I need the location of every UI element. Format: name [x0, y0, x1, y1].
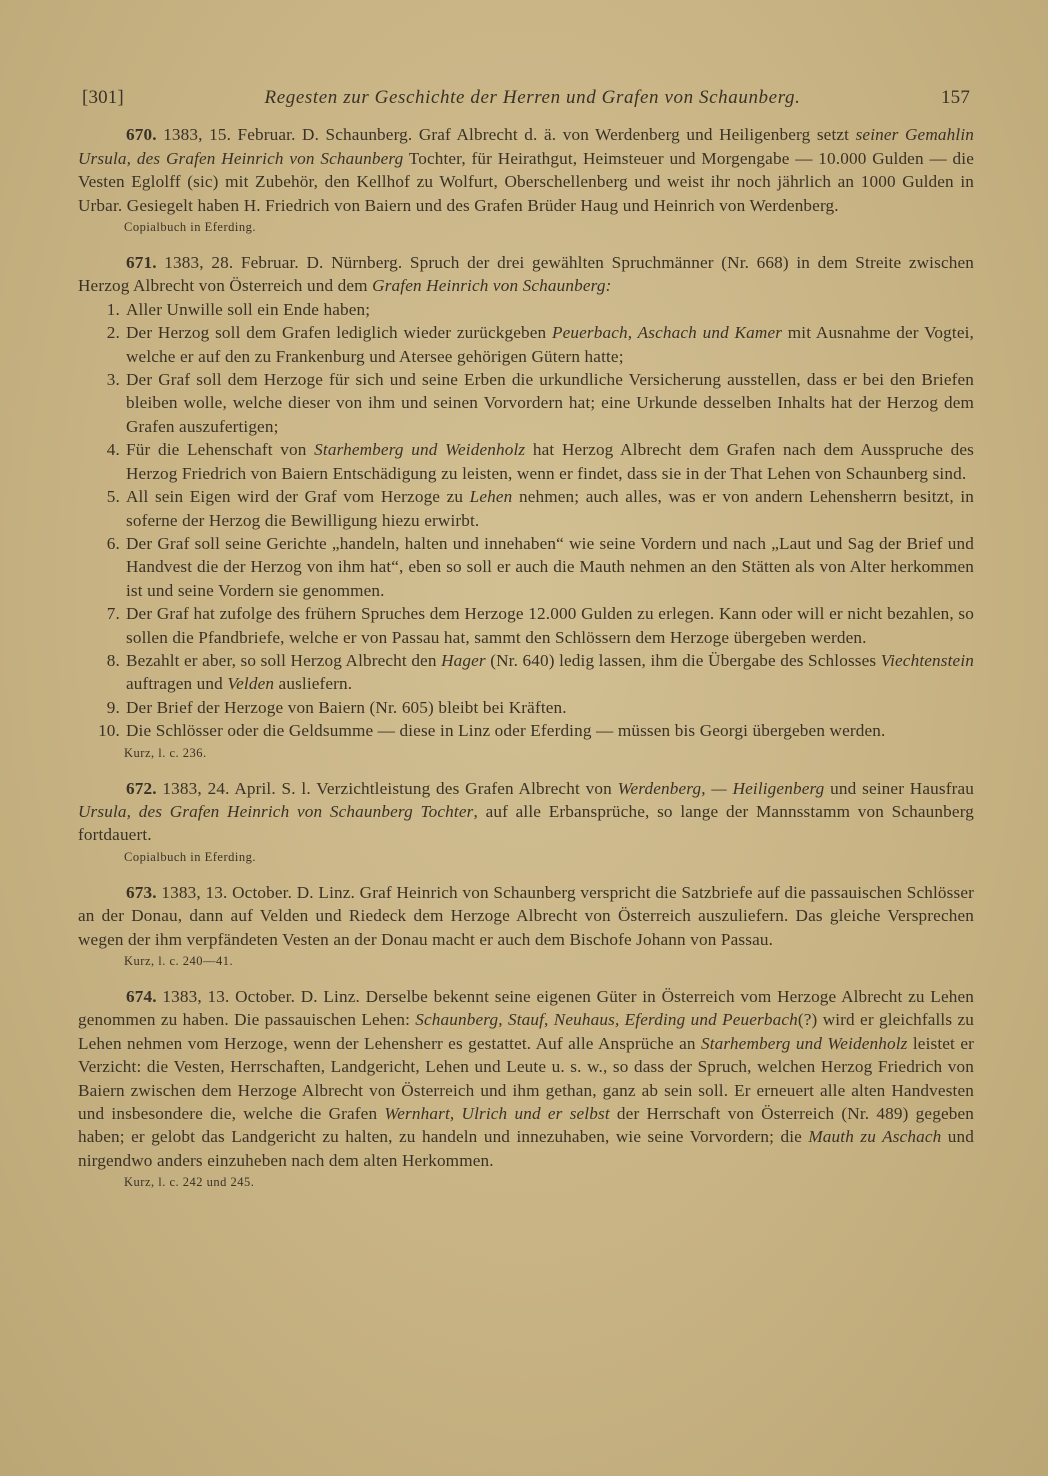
numbered-item: 2.Der Herzog soll dem Grafen lediglich w…: [78, 321, 974, 368]
item-text: Aller Unwille soll ein Ende haben;: [126, 298, 974, 321]
source-citation: Kurz, l. c. 236.: [124, 743, 974, 763]
entries-list: 670. 1383, 15. Februar. D. Schaunberg. G…: [78, 123, 974, 1192]
item-number: 2.: [78, 321, 126, 368]
item-number: 10.: [78, 719, 126, 742]
item-text: Bezahlt er aber, so soll Herzog Albrecht…: [126, 649, 974, 696]
numbered-item: 5.All sein Eigen wird der Graf vom Herzo…: [78, 485, 974, 532]
numbered-item: 3.Der Graf soll dem Herzoge für sich und…: [78, 368, 974, 438]
regest-entry: 673. 1383, 13. October. D. Linz. Graf He…: [78, 881, 974, 971]
regest-entry: 672. 1383, 24. April. S. l. Verzichtleis…: [78, 777, 974, 867]
italic-text: Hager: [441, 651, 486, 670]
italic-text: Mauth zu Aschach: [808, 1127, 941, 1146]
item-text: Der Herzog soll dem Grafen lediglich wie…: [126, 321, 974, 368]
italic-text: Schaunberg, Stauf, Neuhaus, Eferding und…: [415, 1010, 798, 1029]
numbered-item: 10.Die Schlösser oder die Geldsumme — di…: [78, 719, 974, 742]
item-text: Der Graf soll dem Herzoge für sich und s…: [126, 368, 974, 438]
text-run: Aller Unwille soll ein Ende haben;: [126, 300, 370, 319]
text-run: Der Graf soll dem Herzoge für sich und s…: [126, 370, 974, 436]
regest-entry: 674. 1383, 13. October. D. Linz. Derselb…: [78, 985, 974, 1192]
numbered-item: 4.Für die Lehenschaft von Starhemberg un…: [78, 438, 974, 485]
item-text: Der Graf hat zufolge des frühern Spruche…: [126, 602, 974, 649]
italic-text: Peuerbach, Aschach und Kamer: [552, 323, 782, 342]
entry-number: 671.: [126, 253, 157, 272]
text-run: ausliefern.: [274, 674, 352, 693]
text-run: und seiner Hausfrau: [824, 779, 974, 798]
text-run: All sein Eigen wird der Graf vom Herzoge…: [126, 487, 470, 506]
source-citation: Copialbuch in Eferding.: [124, 847, 974, 867]
text-run: Der Herzog soll dem Grafen lediglich wie…: [126, 323, 552, 342]
item-number: 5.: [78, 485, 126, 532]
source-citation: Kurz, l. c. 240—41.: [124, 951, 974, 971]
item-number: 1.: [78, 298, 126, 321]
text-run: 1383, 24. April. S. l. Verzichtleistung …: [157, 779, 618, 798]
entry-text: 671. 1383, 28. Februar. D. Nürnberg. Spr…: [78, 251, 974, 298]
italic-text: Starhemberg und Weidenholz: [314, 440, 525, 459]
numbered-item: 6.Der Graf soll seine Gerichte „handeln,…: [78, 532, 974, 602]
italic-text: Starhemberg und Weidenholz: [701, 1034, 908, 1053]
text-run: Der Graf soll seine Gerichte „handeln, h…: [126, 534, 974, 600]
italic-text: Werdenberg, — Heiligenberg: [618, 779, 825, 798]
page-marker: [301]: [82, 86, 124, 109]
text-run: Der Graf hat zufolge des frühern Spruche…: [126, 604, 974, 646]
numbered-item: 9.Der Brief der Herzoge von Baiern (Nr. …: [78, 696, 974, 719]
running-title: Regesten zur Geschichte der Herren und G…: [265, 86, 801, 109]
text-run: (Nr. 640) ledig lassen, ihm die Übergabe…: [486, 651, 881, 670]
entry-text: 672. 1383, 24. April. S. l. Verzichtleis…: [78, 777, 974, 847]
text-run: auftragen und: [126, 674, 227, 693]
italic-text: Lehen: [470, 487, 513, 506]
source-citation: Copialbuch in Eferding.: [124, 217, 974, 237]
item-number: 6.: [78, 532, 126, 602]
entry-text: 670. 1383, 15. Februar. D. Schaunberg. G…: [78, 123, 974, 217]
page-number: 157: [941, 86, 970, 109]
regest-entry: 671. 1383, 28. Februar. D. Nürnberg. Spr…: [78, 251, 974, 763]
item-number: 4.: [78, 438, 126, 485]
item-text: Der Graf soll seine Gerichte „handeln, h…: [126, 532, 974, 602]
item-text: Der Brief der Herzoge von Baiern (Nr. 60…: [126, 696, 974, 719]
italic-text: Grafen Heinrich von Schaunberg:: [372, 276, 611, 295]
entry-number: 673.: [126, 883, 157, 902]
italic-text: Ursula, des Grafen Heinrich von Schaunbe…: [78, 802, 473, 821]
source-citation: Kurz, l. c. 242 und 245.: [124, 1172, 974, 1192]
document-page: [301] Regesten zur Geschichte der Herren…: [78, 86, 974, 1206]
regest-entry: 670. 1383, 15. Februar. D. Schaunberg. G…: [78, 123, 974, 237]
text-run: Der Brief der Herzoge von Baiern (Nr. 60…: [126, 698, 567, 717]
item-number: 8.: [78, 649, 126, 696]
text-run: Bezahlt er aber, so soll Herzog Albrecht…: [126, 651, 441, 670]
entry-text: 673. 1383, 13. October. D. Linz. Graf He…: [78, 881, 974, 951]
entry-text: 674. 1383, 13. October. D. Linz. Derselb…: [78, 985, 974, 1172]
italic-text: Wernhart, Ulrich und er selbst: [384, 1104, 609, 1123]
item-text: Für die Lehenschaft von Starhemberg und …: [126, 438, 974, 485]
page-header: [301] Regesten zur Geschichte der Herren…: [78, 86, 974, 109]
item-text: Die Schlösser oder die Geldsumme — diese…: [126, 719, 974, 742]
text-run: Für die Lehenschaft von: [126, 440, 314, 459]
italic-text: Velden: [227, 674, 274, 693]
text-run: 1383, 15. Februar. D. Schaunberg. Graf A…: [157, 125, 856, 144]
italic-text: Viechtenstein: [881, 651, 974, 670]
numbered-items: 1.Aller Unwille soll ein Ende haben;2.De…: [78, 298, 974, 743]
item-number: 7.: [78, 602, 126, 649]
text-run: Die Schlösser oder die Geldsumme — diese…: [126, 721, 885, 740]
item-number: 3.: [78, 368, 126, 438]
item-text: All sein Eigen wird der Graf vom Herzoge…: [126, 485, 974, 532]
numbered-item: 7.Der Graf hat zufolge des frühern Spruc…: [78, 602, 974, 649]
item-number: 9.: [78, 696, 126, 719]
entry-number: 670.: [126, 125, 157, 144]
numbered-item: 1.Aller Unwille soll ein Ende haben;: [78, 298, 974, 321]
text-run: 1383, 13. October. D. Linz. Graf Heinric…: [78, 883, 974, 949]
entry-number: 674.: [126, 987, 157, 1006]
numbered-item: 8.Bezahlt er aber, so soll Herzog Albrec…: [78, 649, 974, 696]
entry-number: 672.: [126, 779, 157, 798]
